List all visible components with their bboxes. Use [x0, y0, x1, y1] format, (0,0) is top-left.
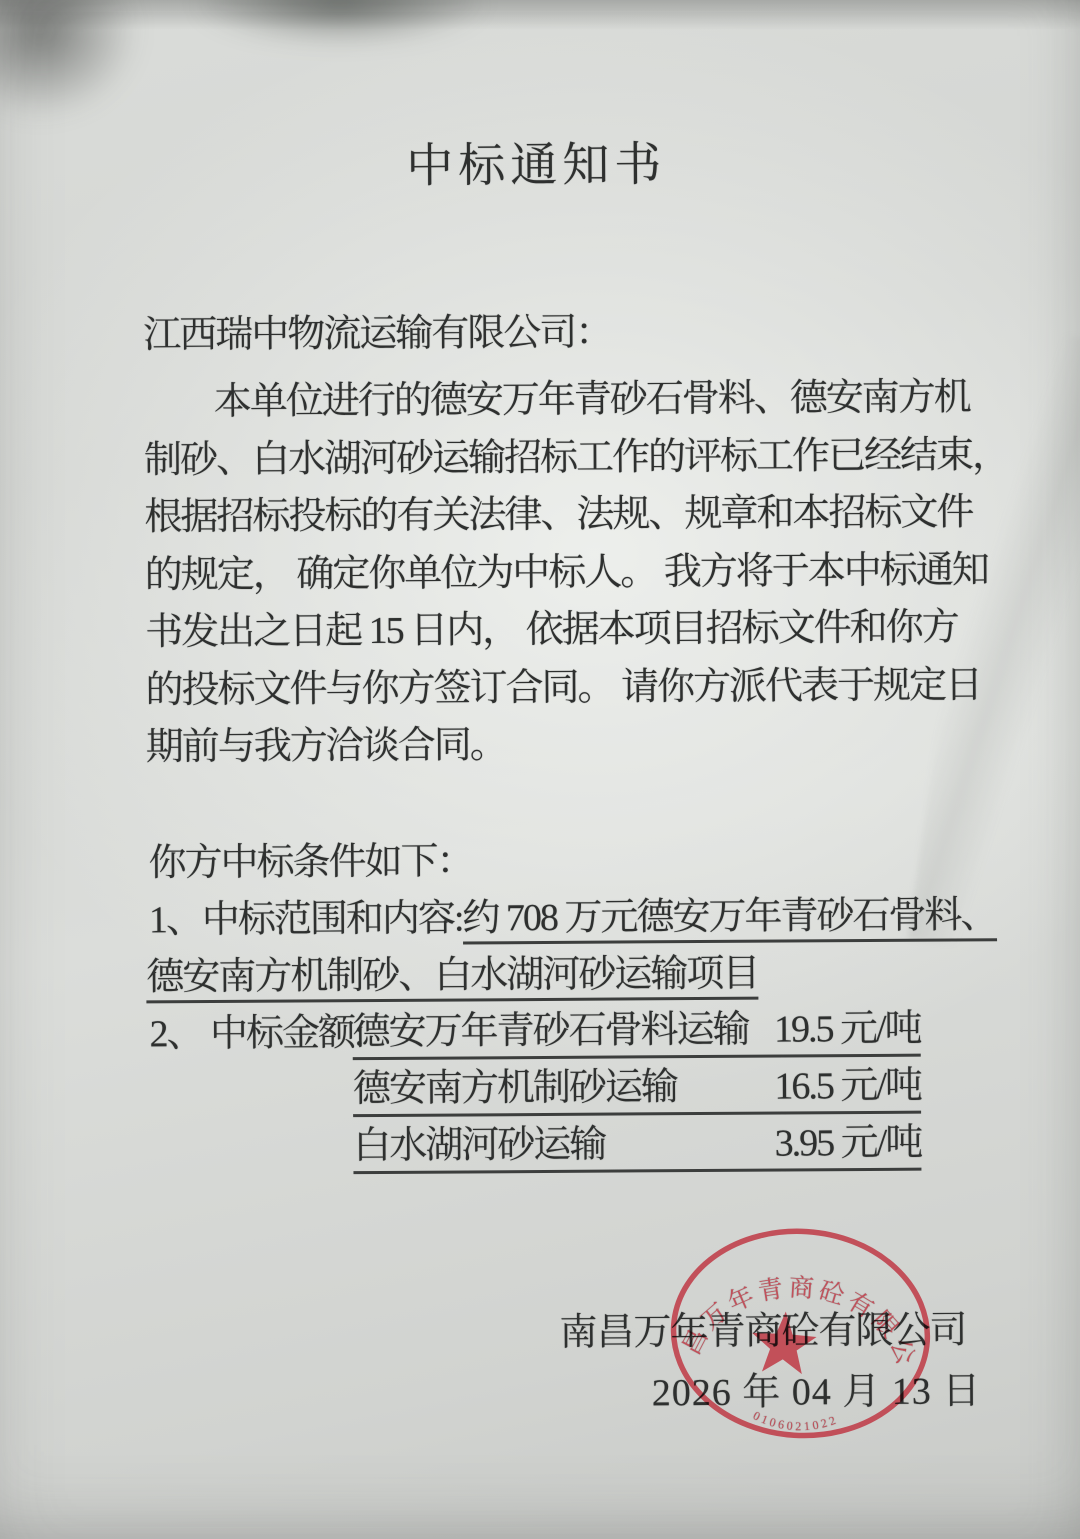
body-line: 本单位进行的德安万年青砂石骨料、德安南方机 — [144, 370, 944, 432]
body-line: 根据招标投标的有关法律、法规、规章和本招标文件 — [144, 485, 944, 547]
photographed-document-page: 中标通知书 江西瑞中物流运输有限公司： 本单位进行的德安万年青砂石骨料、德安南方… — [0, 0, 1080, 1539]
body-line: 期前与我方洽谈合同。 — [146, 715, 946, 777]
price-row-value: 19.5 元/吨 — [774, 1007, 921, 1055]
price-row: 德安南方机制砂运输 16.5 元/吨 — [353, 1064, 921, 1117]
price-row-value: 3.95 元/吨 — [775, 1121, 922, 1169]
body-line: 的规定， 确定你单位为中标人。 我方将于本中标通知 — [145, 542, 945, 604]
body-paragraph: 本单位进行的德安万年青砂石骨料、德安南方机 制砂、白水湖河砂运输招标工作的评标工… — [144, 370, 946, 777]
body-line: 书发出之日起 15 日内， 依据本项目招标文件和你方 — [145, 600, 945, 662]
document-title: 中标通知书 — [0, 125, 1076, 199]
price-row-name: 德安万年青砂石骨料运输 — [352, 1008, 748, 1057]
company-seal-stamp: 南昌万年青商砼有限公司 0106021022 — [660, 1216, 941, 1451]
price-row-value: 16.5 元/吨 — [774, 1064, 921, 1112]
condition-item-1: 1、中标范围和内容:约 708 万元德安万年青砂石骨料、 — [149, 892, 997, 943]
recipient-line: 江西瑞中物流运输有限公司： — [143, 308, 611, 361]
condition-item-1-underlined-2: 德安南方机制砂、白水湖河砂运输项目 — [146, 953, 758, 1004]
price-row-name: 德安南方机制砂运输 — [353, 1065, 677, 1114]
condition-item-1-underlined: 约 708 万元德安万年青砂石骨料、 — [462, 894, 996, 944]
body-line: 的投标文件与你方签订合同。 请你方派代表于规定日 — [145, 657, 945, 719]
price-row: 德安万年青砂石骨料运输 19.5 元/吨 — [352, 1007, 920, 1060]
body-line: 制砂、白水湖河砂运输招标工作的评标工作已经结束， — [144, 427, 944, 489]
condition-item-1-label: 1、中标范围和内容: — [149, 897, 463, 941]
condition-item-1-line-2: 德安南方机制砂、白水湖河砂运输项目 — [146, 951, 758, 1001]
price-row-name: 白水湖河砂运输 — [353, 1123, 605, 1172]
seal-star-icon — [750, 1309, 818, 1374]
price-row: 白水湖河砂运输 3.95 元/吨 — [353, 1121, 921, 1174]
condition-item-2-label: 2、 中标金额: — [149, 1010, 362, 1057]
document-content: 中标通知书 江西瑞中物流运输有限公司： 本单位进行的德安万年青砂石骨料、德安南方… — [0, 0, 1080, 1539]
conditions-heading: 你方中标条件如下： — [148, 838, 472, 886]
